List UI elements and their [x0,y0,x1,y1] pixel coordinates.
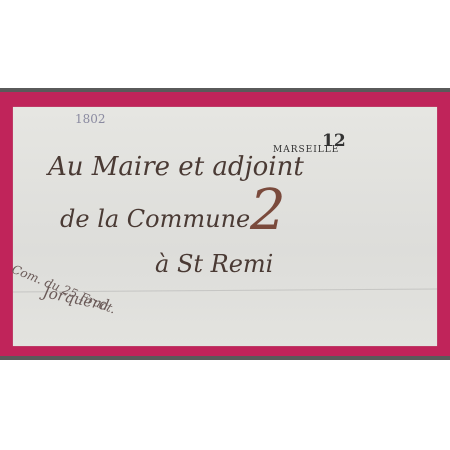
address-line-2: de la Commune [60,205,250,233]
address-line-3: à St Remi [155,250,273,278]
tax-mark: 2 [250,178,286,243]
year-annotation: 1802 [75,112,106,126]
